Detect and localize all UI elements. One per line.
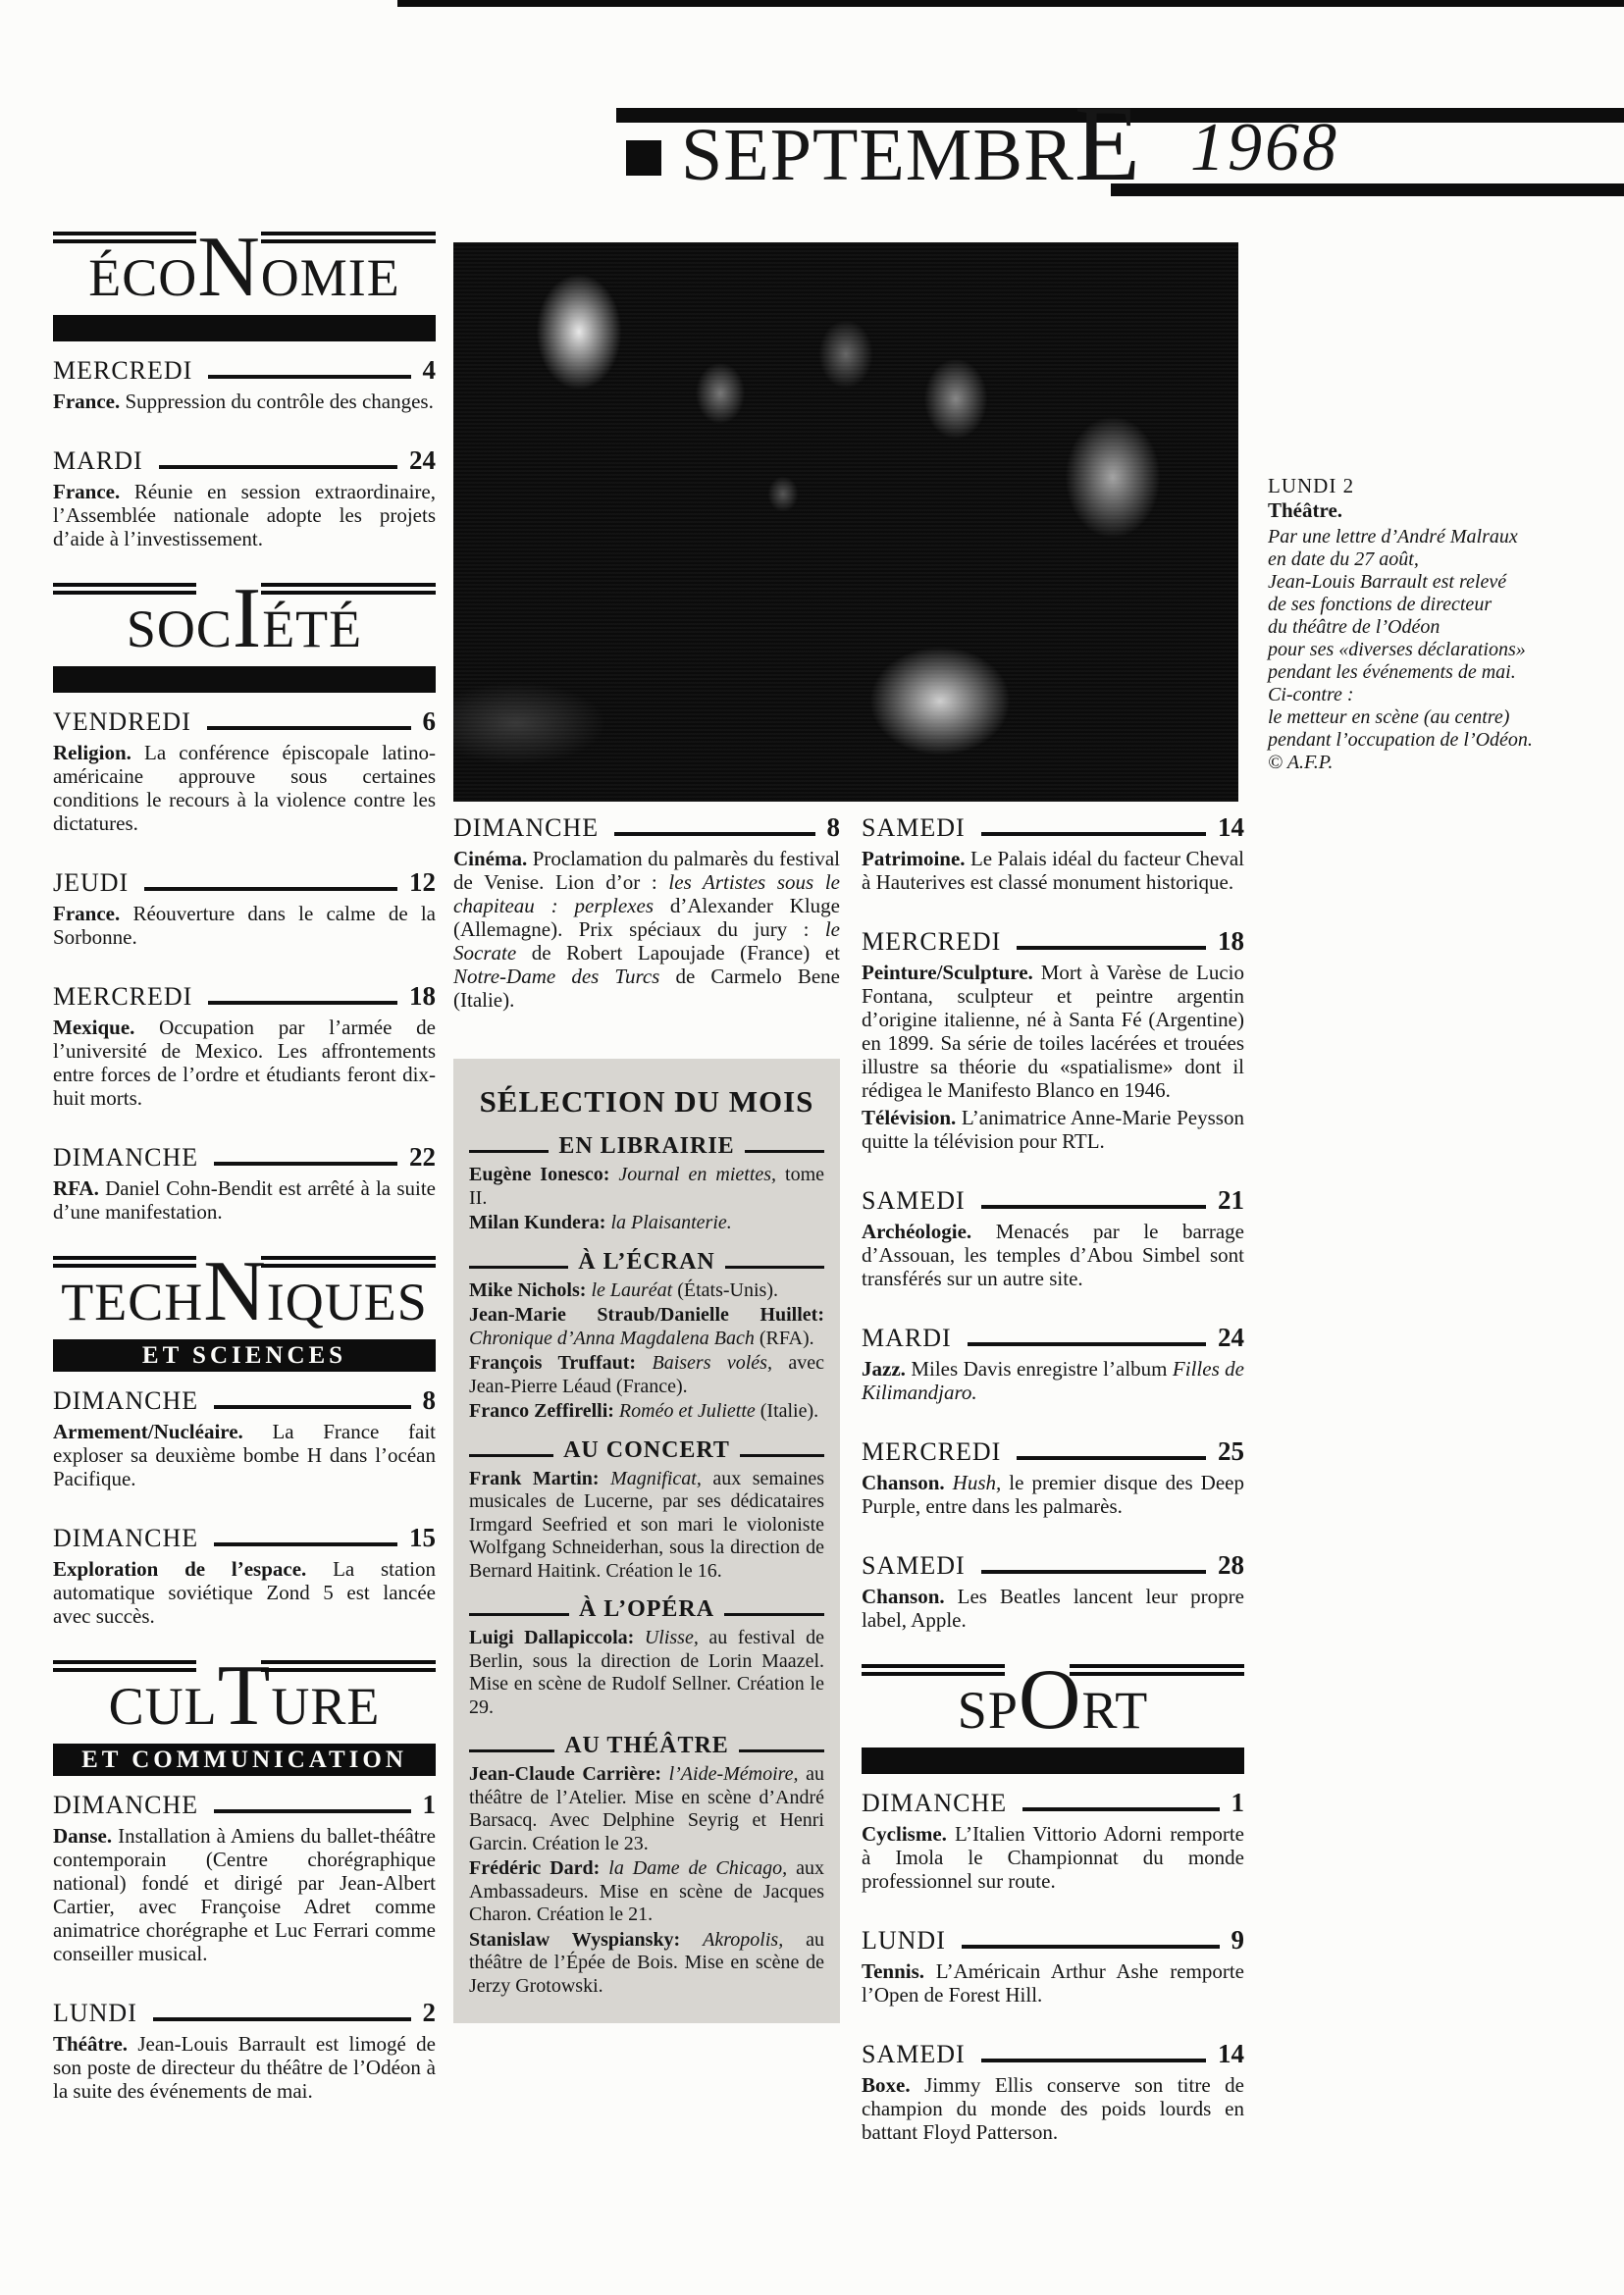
entry-head: MARDI 24 — [53, 445, 436, 476]
month-big-letter: E — [1074, 83, 1141, 203]
entry-text: Exploration de l’espace. La station auto… — [53, 1557, 436, 1628]
entry-page-number: 1 — [1231, 1788, 1245, 1818]
entry-head: DIMANCHE 8 — [453, 812, 840, 843]
section-subtitle-bar: ET COMMUNICATION — [53, 1744, 436, 1776]
section-header-sport: SPORT — [862, 1664, 1244, 1774]
selection-group-heading: EN LIBRAIRIE — [469, 1133, 824, 1160]
section-techniques: TECHNIQUES ET SCIENCES DIMANCHE 8 Armeme… — [53, 1256, 436, 1628]
entry-head: SAMEDI 28 — [862, 1550, 1244, 1581]
event-entry: SAMEDI 21 Archéologie. Menacés par le ba… — [862, 1185, 1244, 1290]
entry-page-number: 22 — [409, 1142, 436, 1173]
entry-text: Chanson. Hush, le premier disque des Dee… — [862, 1471, 1244, 1518]
entry-page-number: 14 — [1218, 2039, 1244, 2069]
entry-text: France. Réunie en session extraordinaire… — [53, 480, 436, 550]
selection-item: Franco Zeffirelli: Roméo et Juliette (It… — [469, 1400, 824, 1424]
column-right: SAMEDI 14 Patrimoine. Le Palais idéal du… — [862, 812, 1244, 2176]
entry-text: Danse. Installation à Amiens du ballet-t… — [53, 1824, 436, 1965]
entry-rule — [208, 1001, 397, 1005]
entry-head: LUNDI 9 — [862, 1925, 1244, 1956]
entry-day: MERCREDI — [862, 927, 1001, 957]
month-title: SEPTEMBRE — [626, 118, 1141, 192]
selection-group-heading: À L’ÉCRAN — [469, 1249, 824, 1276]
entry-rule — [1022, 1807, 1219, 1811]
entry-page-number: 15 — [409, 1523, 436, 1553]
section-title: TECHNIQUES — [53, 1274, 436, 1330]
event-entry: MARDI 24 France. Réunie en session extra… — [53, 445, 436, 550]
selection-title: SÉLECTION DU MOIS — [469, 1084, 824, 1120]
event-entry: MARDI 24 Jazz. Miles Davis enregistre l’… — [862, 1323, 1244, 1404]
selection-group-heading: AU CONCERT — [469, 1437, 824, 1464]
event-entry: DIMANCHE 1 Danse. Installation à Amiens … — [53, 1790, 436, 1965]
event-entry: MERCREDI 18 Peinture/Sculpture. Mort à V… — [862, 926, 1244, 1153]
section-double-rules — [53, 1660, 436, 1672]
entry-text: Religion. La conférence épiscopale latin… — [53, 741, 436, 835]
entry-text: Boxe. Jimmy Ellis conserve son titre de … — [862, 2073, 1244, 2144]
entry-text: Jazz. Miles Davis enregistre l’album Fil… — [862, 1357, 1244, 1404]
selection-item: Mike Nichols: le Lauréat (États-Unis). — [469, 1279, 824, 1303]
entry-head: DIMANCHE 22 — [53, 1142, 436, 1173]
entry-head: VENDREDI 6 — [53, 706, 436, 737]
entry-day: JEUDI — [53, 868, 129, 898]
entry-text: Cyclisme. L’Italien Vittorio Adorni remp… — [862, 1822, 1244, 1893]
entry-day: VENDREDI — [53, 707, 191, 737]
section-header-culture: CULTURE ET COMMUNICATION — [53, 1660, 436, 1776]
section-subtitle: ET SCIENCES — [142, 1342, 346, 1369]
section-double-rules — [53, 232, 436, 243]
entry-head: MARDI 24 — [862, 1323, 1244, 1353]
section-subtitle: ET COMMUNICATION — [81, 1747, 407, 1773]
entry-day: LUNDI — [53, 1999, 137, 2028]
entry-head: MERCREDI 25 — [862, 1436, 1244, 1467]
section-title: CULTURE — [53, 1678, 436, 1735]
entry-page-number: 12 — [409, 867, 436, 898]
entry-head: DIMANCHE 1 — [53, 1790, 436, 1820]
entry-page-number: 21 — [1218, 1185, 1244, 1216]
entry-day: SAMEDI — [862, 1186, 966, 1216]
event-entry: SAMEDI 28 Chanson. Les Beatles lancent l… — [862, 1550, 1244, 1632]
caption-line: Par une lettre d’André Malraux — [1268, 526, 1578, 548]
section-societe: SOCIÉTÉ VENDREDI 6 Religion. La conféren… — [53, 583, 436, 1224]
entry-rule — [214, 1405, 410, 1409]
section-double-rules — [53, 1256, 436, 1268]
entry-day: SAMEDI — [862, 2040, 966, 2069]
header-rule-bottom — [1111, 183, 1624, 196]
event-entry: LUNDI 9 Tennis. L’Américain Arthur Ashe … — [862, 1925, 1244, 2007]
event-entry: LUNDI 2 Théâtre. Jean-Louis Barrault est… — [53, 1998, 436, 2103]
entry-rule — [207, 726, 411, 730]
title-square-icon — [626, 140, 661, 176]
entry-text: Armement/Nucléaire. La France fait explo… — [53, 1420, 436, 1490]
entry-day: DIMANCHE — [53, 1791, 198, 1820]
selection-item: François Truffaut: Baisers volés, avec J… — [469, 1352, 824, 1398]
entry-day: SAMEDI — [862, 1551, 966, 1581]
selection-group-heading: AU THÉÂTRE — [469, 1733, 824, 1759]
event-entry: DIMANCHE 8 Armement/Nucléaire. La France… — [53, 1385, 436, 1490]
caption-line: du théâtre de l’Odéon — [1268, 616, 1578, 639]
entry-head: JEUDI 12 — [53, 867, 436, 898]
entry-day: MERCREDI — [53, 356, 192, 386]
selection-item: Frédéric Dard: la Dame de Chicago, aux A… — [469, 1857, 824, 1927]
caption-credit: © A.F.P. — [1268, 752, 1578, 774]
caption-day: LUNDI 2 — [1268, 475, 1578, 497]
section-culture: CULTURE ET COMMUNICATION DIMANCHE 1 Dans… — [53, 1660, 436, 2103]
entry-head: LUNDI 2 — [53, 1998, 436, 2028]
entry-rule — [981, 832, 1206, 836]
entry-page-number: 28 — [1218, 1550, 1244, 1581]
entry-page-number: 25 — [1218, 1436, 1244, 1467]
column-middle: DIMANCHE 8 Cinéma. Proclamation du palma… — [453, 812, 840, 2023]
entry-rule — [614, 832, 814, 836]
selection-item: Eugène Ionesco: Journal en miettes, tome… — [469, 1164, 824, 1210]
entry-text: Télévision. L’animatrice Anne-Marie Peys… — [862, 1106, 1244, 1153]
selection-group-heading: À L’OPÉRA — [469, 1596, 824, 1623]
selection-item: Stanislaw Wyspiansky: Akropolis, au théâ… — [469, 1929, 824, 1999]
entry-text: Tennis. L’Américain Arthur Ashe remporte… — [862, 1959, 1244, 2007]
event-entry: DIMANCHE 22 RFA. Daniel Cohn-Bendit est … — [53, 1142, 436, 1224]
event-entry: MERCREDI 4 France. Suppression du contrô… — [53, 355, 436, 413]
entry-day: DIMANCHE — [453, 813, 599, 843]
entry-rule — [153, 2017, 411, 2021]
entry-rule — [981, 1570, 1206, 1574]
entry-page-number: 1 — [423, 1790, 437, 1820]
entry-rule — [981, 1205, 1206, 1209]
entry-text: France. Suppression du contrôle des chan… — [53, 390, 436, 413]
entry-rule — [159, 465, 397, 469]
entry-text: Archéologie. Menacés par le barrage d’As… — [862, 1220, 1244, 1290]
entry-day: LUNDI — [862, 1926, 946, 1956]
entry-page-number: 14 — [1218, 812, 1244, 843]
selection-du-mois-box: SÉLECTION DU MOIS EN LIBRAIRIE Eugène Io… — [453, 1059, 840, 2023]
entry-text: Chanson. Les Beatles lancent leur propre… — [862, 1585, 1244, 1632]
entry-head: DIMANCHE 1 — [862, 1788, 1244, 1818]
entry-page-number: 24 — [409, 445, 436, 476]
entry-head: SAMEDI 21 — [862, 1185, 1244, 1216]
entry-rule — [1017, 1456, 1206, 1460]
event-entry: JEUDI 12 France. Réouverture dans le cal… — [53, 867, 436, 949]
section-black-bar — [53, 315, 436, 341]
entry-day: MARDI — [53, 446, 143, 476]
entry-page-number: 8 — [423, 1385, 437, 1416]
section-economie: ÉCONOMIE MERCREDI 4 France. Suppression … — [53, 232, 436, 550]
entry-head: MERCREDI 18 — [53, 981, 436, 1012]
caption-line: en date du 27 août, — [1268, 548, 1578, 571]
section-subtitle-bar: ET SCIENCES — [53, 1339, 436, 1372]
event-entry: SAMEDI 14 Patrimoine. Le Palais idéal du… — [862, 812, 1244, 894]
entry-day: DIMANCHE — [53, 1143, 198, 1173]
event-entry: MERCREDI 18 Mexique. Occupation par l’ar… — [53, 981, 436, 1110]
entry-rule — [144, 887, 397, 891]
entry-day: DIMANCHE — [53, 1386, 198, 1416]
entry-day: DIMANCHE — [862, 1789, 1007, 1818]
entry-rule — [981, 2059, 1206, 2062]
entry-page-number: 4 — [423, 355, 437, 386]
entry-rule — [208, 375, 410, 379]
event-entry: SAMEDI 14 Boxe. Jimmy Ellis conserve son… — [862, 2039, 1244, 2144]
caption-line: pour ses «diverses déclarations» — [1268, 639, 1578, 661]
entry-day: MERCREDI — [53, 982, 192, 1012]
magazine-page: SEPTEMBRE 1968 LUNDI 2 Théâtre. Par une … — [0, 0, 1624, 2295]
caption-line: Ci-contre : — [1268, 684, 1578, 706]
caption-line: Jean-Louis Barrault est relevé — [1268, 571, 1578, 594]
entry-page-number: 18 — [409, 981, 436, 1012]
entry-text: France. Réouverture dans le calme de la … — [53, 902, 436, 949]
entry-rule — [1017, 946, 1206, 950]
entry-text: RFA. Daniel Cohn-Bendit est arrêté à la … — [53, 1176, 436, 1224]
entry-head: SAMEDI 14 — [862, 812, 1244, 843]
entry-text: Peinture/Sculpture. Mort à Varèse de Luc… — [862, 961, 1244, 1102]
entry-head: MERCREDI 4 — [53, 355, 436, 386]
entry-day: MARDI — [862, 1324, 952, 1353]
month-text: SEPTEMBR — [681, 114, 1074, 196]
section-header-economie: ÉCONOMIE — [53, 232, 436, 341]
selection-item: Jean-Claude Carrière: l’Aide-Mémoire, au… — [469, 1763, 824, 1855]
entry-rule — [968, 1342, 1206, 1346]
entry-day: MERCREDI — [862, 1437, 1001, 1467]
section-double-rules — [862, 1664, 1244, 1676]
photo-caption: LUNDI 2 Théâtre. Par une lettre d’André … — [1268, 475, 1578, 774]
section-black-bar — [53, 666, 436, 693]
entry-rule — [962, 1945, 1220, 1949]
entry-page-number: 8 — [827, 812, 841, 843]
entry-page-number: 6 — [423, 706, 437, 737]
selection-item: Jean-Marie Straub/Danielle Huillet: Chro… — [469, 1304, 824, 1350]
caption-line: pendant l’occupation de l’Odéon. — [1268, 729, 1578, 752]
page-top-rule — [397, 0, 1624, 7]
entry-page-number: 2 — [423, 1998, 437, 2028]
caption-category: Théâtre. — [1268, 499, 1578, 522]
entry-page-number: 9 — [1231, 1925, 1245, 1956]
entry-page-number: 18 — [1218, 926, 1244, 957]
entry-head: DIMANCHE 8 — [53, 1385, 436, 1416]
entry-rule — [214, 1809, 410, 1813]
entry-text: Cinéma. Proclamation du palmarès du fest… — [453, 847, 840, 1012]
event-entry: MERCREDI 25 Chanson. Hush, le premier di… — [862, 1436, 1244, 1518]
entry-rule — [214, 1162, 397, 1166]
odeon-occupation-photo — [453, 242, 1238, 802]
section-double-rules — [53, 583, 436, 595]
section-sport: SPORT DIMANCHE 1 Cyclisme. L’Italien Vit… — [862, 1664, 1244, 2144]
section-header-techniques: TECHNIQUES ET SCIENCES — [53, 1256, 436, 1372]
year-label: 1968 — [1190, 114, 1339, 183]
caption-line: le metteur en scène (au centre) — [1268, 706, 1578, 729]
entry-head: DIMANCHE 15 — [53, 1523, 436, 1553]
section-black-bar — [862, 1747, 1244, 1774]
entry-text: Patrimoine. Le Palais idéal du facteur C… — [862, 847, 1244, 894]
selection-item: Frank Martin: Magnificat, aux semaines m… — [469, 1468, 824, 1584]
entry-head: SAMEDI 14 — [862, 2039, 1244, 2069]
caption-line: de ses fonctions de directeur — [1268, 594, 1578, 616]
event-entry: DIMANCHE 8 Cinéma. Proclamation du palma… — [453, 812, 840, 1012]
event-entry: DIMANCHE 1 Cyclisme. L’Italien Vittorio … — [862, 1788, 1244, 1893]
entry-text: Mexique. Occupation par l’armée de l’uni… — [53, 1016, 436, 1110]
column-left: ÉCONOMIE MERCREDI 4 France. Suppression … — [53, 232, 436, 2135]
section-title: ÉCONOMIE — [53, 249, 436, 306]
caption-line: pendant les événements de mai. — [1268, 661, 1578, 684]
section-header-societe: SOCIÉTÉ — [53, 583, 436, 693]
entry-day: DIMANCHE — [53, 1524, 198, 1553]
entry-page-number: 24 — [1218, 1323, 1244, 1353]
entry-text: Théâtre. Jean-Louis Barrault est limogé … — [53, 2032, 436, 2103]
event-entry: DIMANCHE 15 Exploration de l’espace. La … — [53, 1523, 436, 1628]
section-title: SPORT — [862, 1682, 1244, 1739]
entry-head: MERCREDI 18 — [862, 926, 1244, 957]
selection-item: Milan Kundera: la Plaisanterie. — [469, 1212, 824, 1235]
entry-rule — [214, 1542, 397, 1546]
entry-day: SAMEDI — [862, 813, 966, 843]
event-entry: VENDREDI 6 Religion. La conférence épisc… — [53, 706, 436, 835]
section-title: SOCIÉTÉ — [53, 600, 436, 657]
selection-item: Luigi Dallapiccola: Ulisse, au festival … — [469, 1627, 824, 1719]
